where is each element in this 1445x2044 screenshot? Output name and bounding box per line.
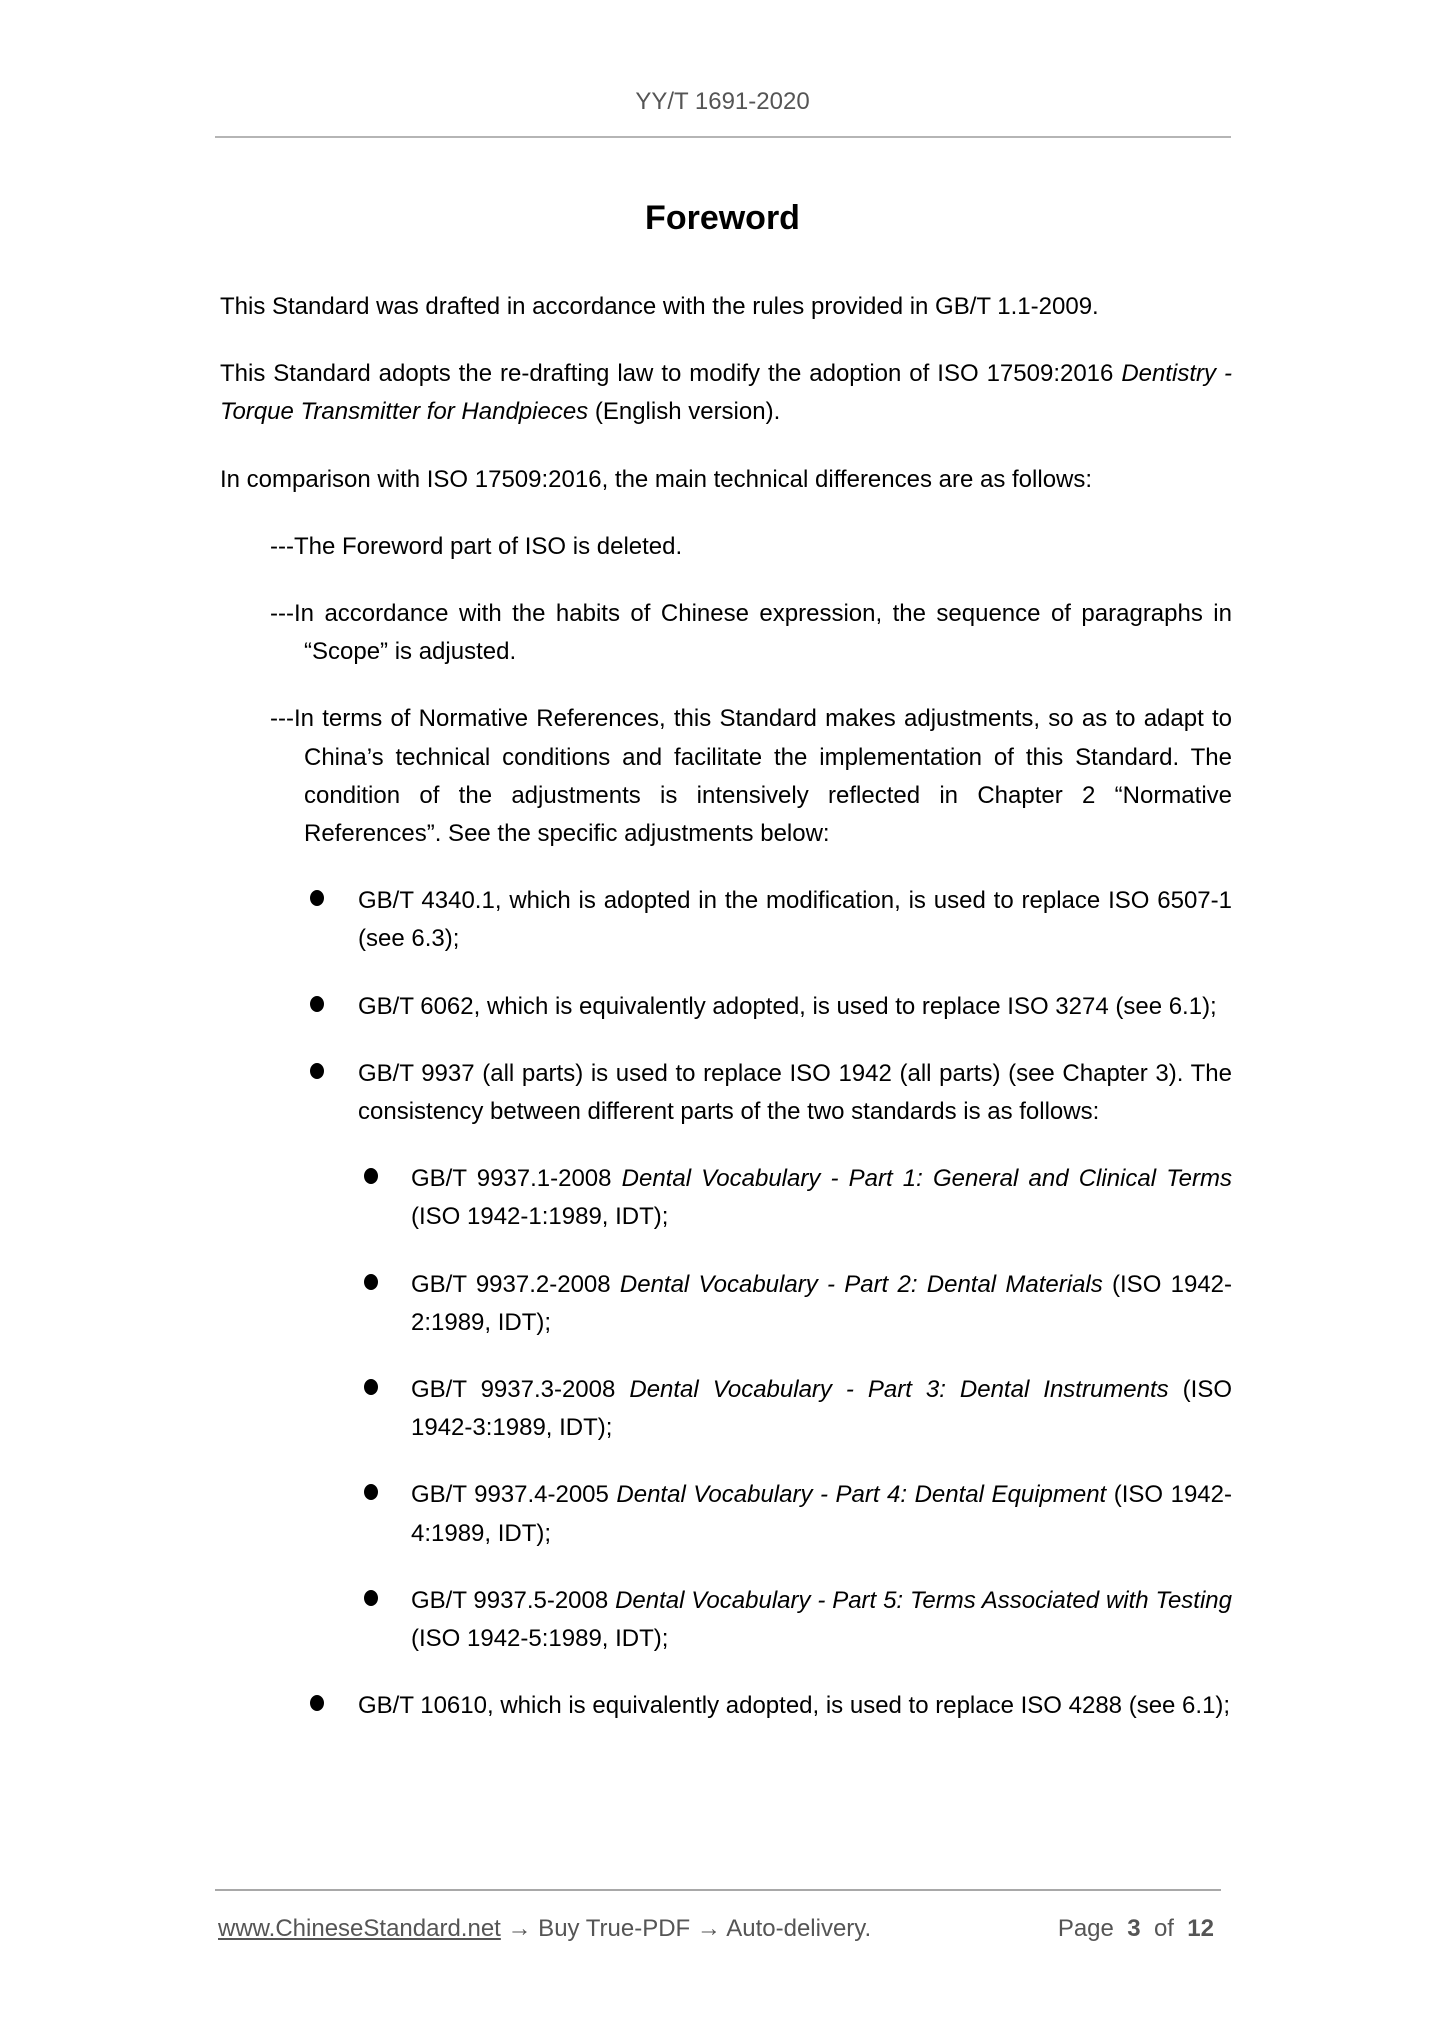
sub-list-item: GB/T 9937.3-2008 Dental Vocabulary - Par… <box>220 1371 1232 1447</box>
list-item-text: GB/T 10610, which is equivalently adopte… <box>358 1692 1230 1719</box>
list-item-text: GB/T 9937.3-2008 <box>411 1376 629 1403</box>
bullet-icon <box>364 1379 378 1395</box>
standard-title: Dental Vocabulary - Part 5: Terms Associ… <box>615 1587 1232 1614</box>
bullet-icon <box>364 1274 378 1290</box>
footer-promo-text: → Buy True-PDF → Auto-delivery. <box>501 1915 871 1942</box>
sub-list-item: GB/T 9937.4-2005 Dental Vocabulary - Par… <box>220 1476 1232 1552</box>
paragraph: This Standard was drafted in accordance … <box>220 288 1232 326</box>
document-id-header: YY/T 1691-2020 <box>0 86 1445 118</box>
standard-title: Dental Vocabulary - Part 1: General and … <box>622 1165 1232 1192</box>
website-link[interactable]: www.ChineseStandard.net <box>218 1915 501 1942</box>
page-footer: www.ChineseStandard.net → Buy True-PDF →… <box>218 1913 1218 1945</box>
paragraph-text: (English version). <box>588 398 780 425</box>
bullet-icon <box>310 890 324 906</box>
current-page-number: 3 <box>1127 1915 1140 1942</box>
of-label: of <box>1154 1915 1174 1942</box>
list-item-text: (ISO 1942-5:1989, IDT); <box>411 1625 668 1652</box>
dash-item: ---The Foreword part of ISO is deleted. <box>270 528 1232 566</box>
sub-list-item: GB/T 9937.1-2008 Dental Vocabulary - Par… <box>220 1160 1232 1236</box>
paragraph-text: This Standard adopts the re-drafting law… <box>220 360 1121 387</box>
list-item-text: (ISO 1942-1:1989, IDT); <box>411 1203 668 1230</box>
page-indicator: Page 3 of 12 <box>1058 1913 1214 1945</box>
sub-list-item: GB/T 9937.2-2008 Dental Vocabulary - Par… <box>220 1266 1232 1342</box>
list-item: GB/T 4340.1, which is adopted in the mod… <box>220 882 1232 958</box>
bullet-icon <box>310 996 324 1012</box>
list-item-text: GB/T 9937.4-2005 <box>411 1481 616 1508</box>
list-item-text: GB/T 9937 (all parts) is used to replace… <box>358 1060 1232 1125</box>
list-item: GB/T 9937 (all parts) is used to replace… <box>220 1055 1232 1131</box>
footer-divider <box>215 1889 1221 1891</box>
bullet-icon <box>364 1484 378 1500</box>
page-title: Foreword <box>0 196 1445 240</box>
standard-title: Dental Vocabulary - Part 2: Dental Mater… <box>620 1271 1103 1298</box>
page-label: Page <box>1058 1915 1114 1942</box>
paragraph: In comparison with ISO 17509:2016, the m… <box>220 461 1232 499</box>
list-item: GB/T 6062, which is equivalently adopted… <box>220 988 1232 1026</box>
list-item-text: GB/T 6062, which is equivalently adopted… <box>358 993 1217 1020</box>
standard-title: Dental Vocabulary - Part 3: Dental Instr… <box>629 1376 1168 1403</box>
document-body: This Standard was drafted in accordance … <box>220 288 1232 1754</box>
header-divider <box>215 136 1231 138</box>
bullet-icon <box>310 1695 324 1711</box>
list-item-text: GB/T 9937.2-2008 <box>411 1271 620 1298</box>
total-pages-number: 12 <box>1187 1915 1214 1942</box>
list-item-text: GB/T 4340.1, which is adopted in the mod… <box>358 887 1232 952</box>
bullet-icon <box>310 1063 324 1079</box>
bullet-icon <box>364 1590 378 1606</box>
list-item-text: GB/T 9937.5-2008 <box>411 1587 615 1614</box>
dash-item: ---In terms of Normative References, thi… <box>270 700 1232 853</box>
bullet-icon <box>364 1168 378 1184</box>
list-item-text: GB/T 9937.1-2008 <box>411 1165 622 1192</box>
sub-list-item: GB/T 9937.5-2008 Dental Vocabulary - Par… <box>220 1582 1232 1658</box>
paragraph: This Standard adopts the re-drafting law… <box>220 355 1232 431</box>
dash-item: ---In accordance with the habits of Chin… <box>270 595 1232 671</box>
list-item: GB/T 10610, which is equivalently adopte… <box>220 1687 1232 1725</box>
standard-title: Dental Vocabulary - Part 4: Dental Equip… <box>616 1481 1106 1508</box>
